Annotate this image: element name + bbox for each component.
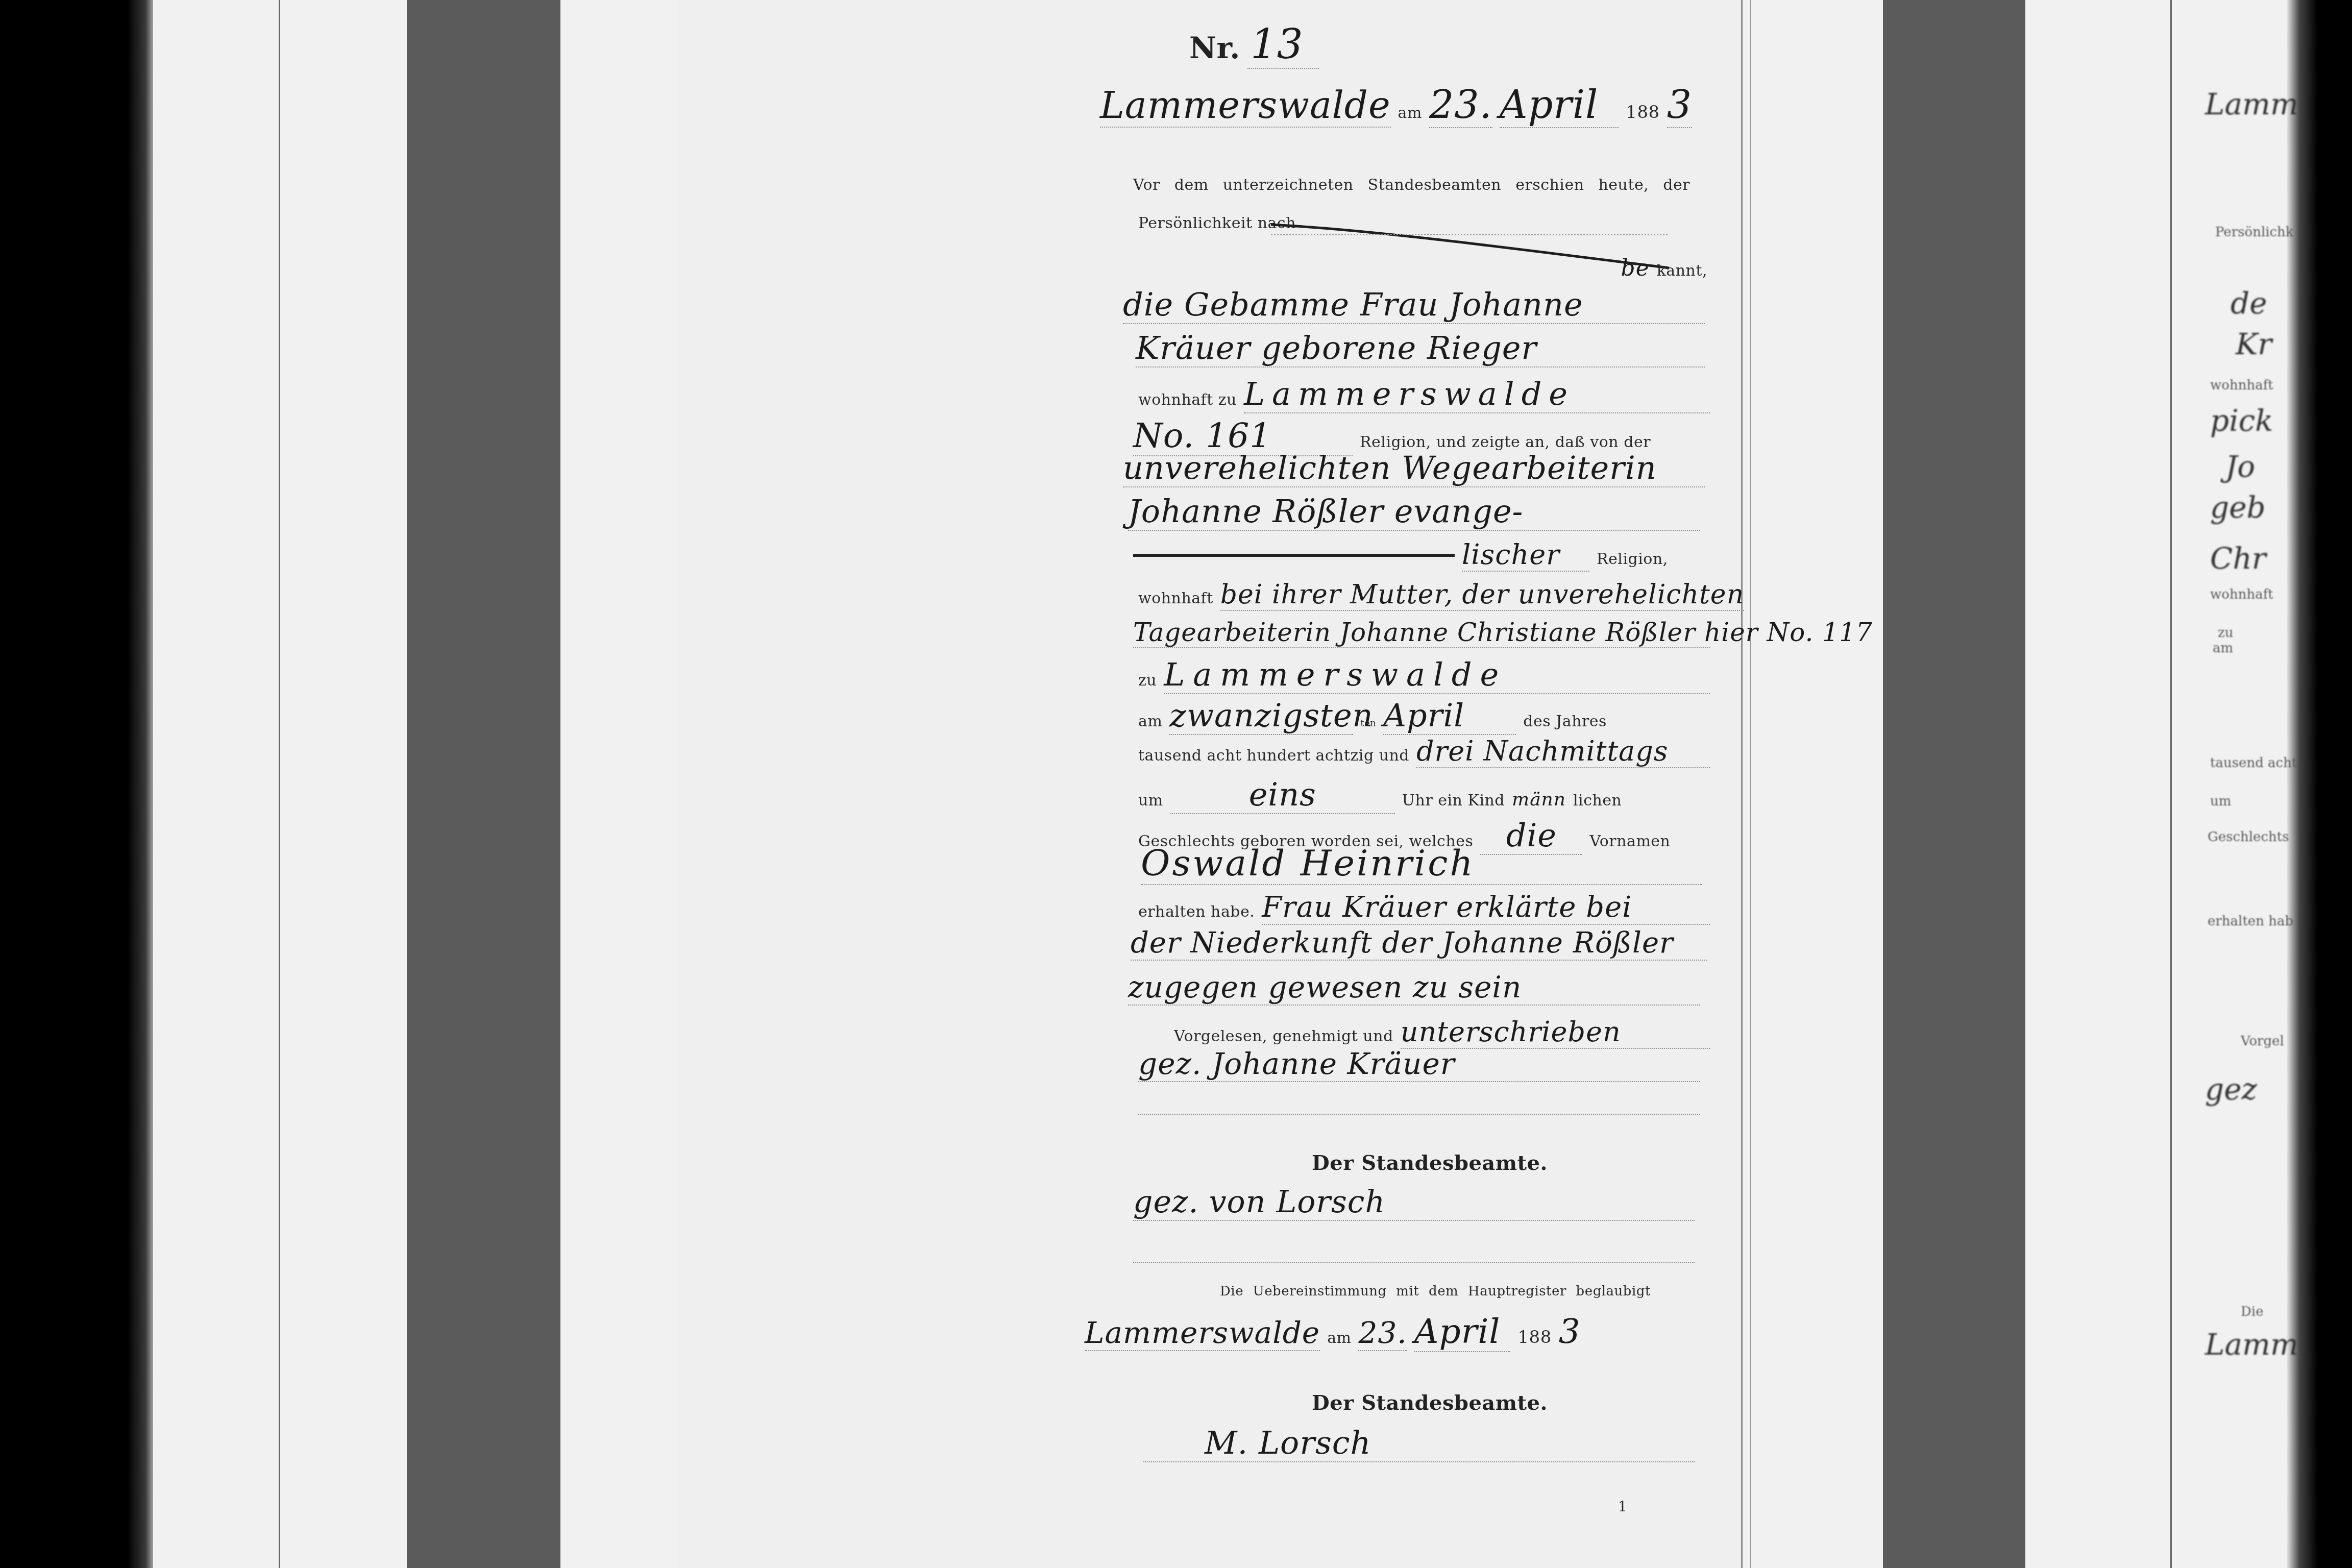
cert-place: Lammerswalde <box>1085 1315 1320 1351</box>
residence-line: wohnhaft zu Lammerswalde <box>1138 375 1710 413</box>
mother-line-2: Johanne Rößler evange- <box>1128 493 1700 531</box>
birth-month: April <box>1383 697 1516 735</box>
registrar-signature-1: gez. von Lorsch <box>1133 1184 1695 1221</box>
mother-residence-line-1: bei ihrer Mutter, der unverehelichten <box>1220 579 1744 611</box>
note-line-3: zugegen gewesen zu sein <box>1128 970 1700 1006</box>
fragment-line: um <box>2210 794 2231 809</box>
informant-line-1: die Gebamme Frau Johanne <box>1123 286 1705 324</box>
sex-hand: männ <box>1512 789 1566 810</box>
page-mark: 1 <box>1618 1498 1627 1515</box>
binding-strip-right <box>1883 0 2025 1568</box>
mother-religion-line: lischer Religion, <box>1133 538 1710 572</box>
cert-month: April <box>1414 1312 1511 1352</box>
main-page-right-border <box>1741 0 1743 1568</box>
uhr-text: Uhr ein Kind <box>1402 792 1505 810</box>
zu-line: zu Lammerswalde <box>1138 656 1710 694</box>
intro-text: Vor dem unterzeichneten Standesbeamten e… <box>1133 176 1690 194</box>
fragment-line: Die <box>2241 1304 2264 1319</box>
fragment-line: de <box>2231 286 2267 321</box>
page-edge-line-left <box>279 0 280 1568</box>
fragment-line: gez <box>2205 1072 2257 1107</box>
residence-value: Lammerswalde <box>1244 375 1710 413</box>
year-prefix: 188 <box>1626 102 1659 122</box>
certification-date-line: Lammerswalde am 23. April 188 3 <box>1085 1312 1712 1352</box>
registrar-title-2: Der Standesbeamte. <box>1312 1391 1548 1415</box>
note-line-1: Frau Kräuer erklärte bei <box>1262 891 1710 925</box>
record-number-value: 13 <box>1247 20 1319 69</box>
um-label: um <box>1138 792 1163 810</box>
mother-line-1: unverehelichten Wegearbeiterin <box>1123 449 1705 487</box>
cert-day: 23. <box>1358 1315 1407 1351</box>
birth-day-suffix: ten <box>1360 718 1376 729</box>
main-page-right-border-inner <box>1750 0 1751 1568</box>
next-page-left-border <box>2170 0 2172 1568</box>
cert-am: am <box>1327 1329 1351 1347</box>
fragment-line: Vorgel <box>2241 1034 2284 1049</box>
fragment-line: Chr <box>2210 541 2266 576</box>
zu-label: zu <box>1138 672 1157 690</box>
mother-religion-label: Religion, <box>1597 550 1668 568</box>
residence-label: wohnhaft zu <box>1138 391 1237 409</box>
birth-hour: eins <box>1170 776 1395 814</box>
identity-hand: be <box>1621 255 1649 281</box>
registrar-title-1: Der Standesbeamte. <box>1312 1151 1548 1175</box>
date-day: 23. <box>1429 82 1492 128</box>
identity-suffix: kannt, <box>1657 262 1707 280</box>
fragment-line: erhalten hab <box>2208 914 2293 929</box>
record-number-label: Nr. <box>1189 31 1240 65</box>
place: Lammerswalde <box>1100 84 1391 128</box>
note-line-2: der Niederkunft der Johanne Rößler <box>1131 926 1707 961</box>
identity-line: be kannt, <box>1136 255 1707 281</box>
year-text: tausend acht hundert achtzig und <box>1138 747 1409 765</box>
sex-suffix: lichen <box>1573 792 1622 810</box>
birth-date-line: am zwanzigsten ten April des Jahres <box>1138 697 1710 735</box>
birth-time-line: um eins Uhr ein Kind männ lichen <box>1138 776 1710 814</box>
film-edge-left <box>0 0 153 1568</box>
birth-am-label: am <box>1138 713 1162 730</box>
fragment-line: Geschlechts <box>2208 829 2289 845</box>
binding-strip-left <box>407 0 560 1568</box>
strike-line <box>1133 554 1455 557</box>
fragment-line: Kr <box>2236 327 2272 361</box>
fragment-line: pick <box>2210 403 2273 438</box>
year-hand: drei Nachmittags <box>1416 735 1710 768</box>
registrar-signature-2: M. Lorsch <box>1143 1424 1695 1462</box>
fragment-line: wohnhaft <box>2210 378 2273 393</box>
religion-text: Religion, und zeigte an, daß von der <box>1360 433 1651 451</box>
record-number: Nr. 13 <box>1189 20 1319 69</box>
mother-residence-line: wohnhaft bei ihrer Mutter, der unverehel… <box>1138 579 1710 611</box>
informant-line-2: Kräuer geborene Rieger <box>1136 329 1705 367</box>
mother-residence-line-2: Tagearbeiterin Johanne Christiane Rößler… <box>1133 618 1710 648</box>
fragment-line: wohnhaft <box>2210 587 2273 602</box>
mother-religion-hand: lischer <box>1462 538 1589 572</box>
fragment-line: geb <box>2210 490 2266 525</box>
zu-value: Lammerswalde <box>1164 656 1710 694</box>
informant-signature: gez. Johanne Kräuer <box>1138 1046 1700 1082</box>
fragment-persoenlich: Persönlichk <box>2215 225 2294 240</box>
date-month: April <box>1500 82 1619 128</box>
fragment-place: Lamm <box>2205 87 2298 121</box>
place-date-line: Lammerswalde am 23. April 188 3 <box>1100 82 1712 128</box>
certification-text: Die Uebereinstimmung mit dem Hauptregist… <box>1220 1284 1651 1299</box>
read-hand: unterschrieben <box>1401 1016 1710 1049</box>
read-line: Vorgelesen, genehmigt und unterschrieben <box>1174 1016 1710 1049</box>
fragment-line: tausend acht <box>2210 755 2297 771</box>
rule-line <box>1133 1261 1695 1263</box>
given-names: Oswald Heinrich <box>1141 842 1702 885</box>
fragment-line: zu <box>2218 625 2233 641</box>
fragment-line: Lamm <box>2205 1327 2298 1362</box>
fragment-line: Jo <box>2225 449 2255 484</box>
am-label: am <box>1398 104 1422 122</box>
birth-year-line: tausend acht hundert achtzig und drei Na… <box>1138 735 1710 768</box>
rule-line <box>1138 1113 1700 1115</box>
des-jahres: des Jahres <box>1523 713 1607 730</box>
mother-residence-label: wohnhaft <box>1138 590 1213 607</box>
birth-day: zwanzigsten <box>1169 697 1353 735</box>
cert-year-suffix: 3 <box>1559 1312 1581 1351</box>
note-line: erhalten habe. Frau Kräuer erklärte bei <box>1138 891 1710 925</box>
read-label: Vorgelesen, genehmigt und <box>1174 1027 1393 1045</box>
year-suffix: 3 <box>1667 82 1692 128</box>
cert-year-prefix: 188 <box>1517 1327 1551 1347</box>
erhalten-label: erhalten habe. <box>1138 903 1255 921</box>
fragment-line: am <box>2213 641 2233 656</box>
